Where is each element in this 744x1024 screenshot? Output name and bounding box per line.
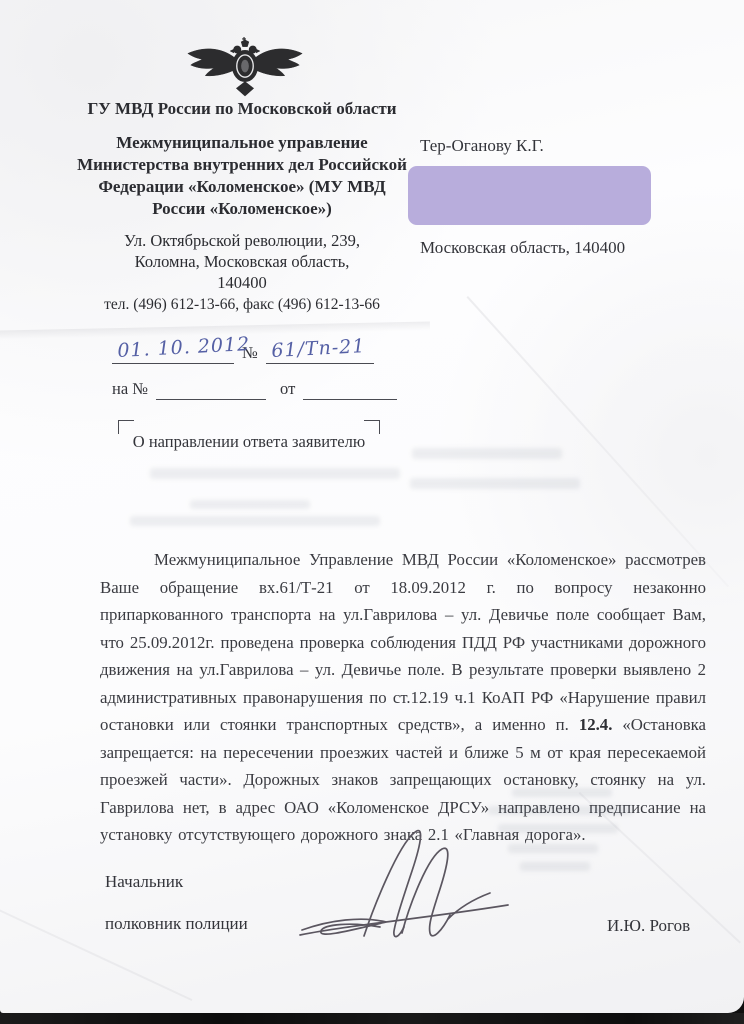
bleedthrough-smudge	[412, 448, 562, 459]
body-text-part2: «Остановка запрещается: на пересечении п…	[100, 715, 706, 844]
reference-row-reply: на № от	[112, 374, 412, 400]
bleedthrough-smudge	[520, 862, 590, 871]
mvd-eagle-emblem-icon	[183, 36, 307, 98]
redaction-block	[408, 166, 651, 225]
handwritten-date: 01. 10. 2012	[117, 333, 251, 362]
scanned-letter: ГУ МВД России по Московской области Межм…	[0, 0, 744, 1024]
date-underline: 01. 10. 2012	[112, 337, 234, 364]
bleedthrough-smudge	[150, 468, 400, 479]
number-underline: 61/Тп-21	[266, 337, 374, 364]
letterhead-block: ГУ МВД России по Московской области Межм…	[72, 98, 412, 315]
handwritten-number: 61/Тп-21	[271, 335, 366, 362]
subject-corner-right-icon	[364, 420, 380, 434]
parent-org-title: ГУ МВД России по Московской области	[72, 98, 412, 120]
signoff-position-line2: полковник полиции	[105, 914, 248, 934]
org-address-line1: Ул. Октябрьской революции, 239,	[72, 230, 412, 251]
handwritten-signature-icon	[288, 826, 520, 960]
org-phone-line: тел. (496) 612-13-66, факс (496) 612-13-…	[72, 295, 412, 315]
body-bold-clause: 12.4.	[579, 715, 613, 734]
org-address-line3: 140400	[72, 272, 412, 293]
reply-na-label: на №	[112, 379, 156, 400]
signer-name: И.Ю. Рогов	[607, 916, 690, 936]
org-name-title: Межмуниципальное управление Министерства…	[72, 132, 412, 220]
reference-block: 01. 10. 2012 № 61/Тп-21 на № от	[112, 334, 412, 400]
body-text-part1: Межмуниципальное Управление МВД России «…	[100, 550, 706, 734]
recipient-name: Тер-Оганову К.Г.	[420, 136, 690, 155]
org-address-line2: Коломна, Московская область,	[72, 251, 412, 272]
reply-ot-label: от	[266, 379, 303, 400]
subject-text: О направлении ответа заявителю	[133, 432, 365, 451]
recipient-region: Московская область, 140400	[420, 238, 690, 257]
reply-na-underline	[156, 377, 266, 400]
bleedthrough-smudge	[410, 478, 580, 489]
bleedthrough-smudge	[190, 500, 310, 509]
subject-corner-left-icon	[118, 420, 134, 434]
paper-crease	[467, 296, 729, 587]
signoff-position-line1: Начальник	[105, 872, 183, 892]
reply-ot-underline	[303, 377, 397, 400]
scanner-background-strip	[0, 1013, 744, 1024]
subject-box: О направлении ответа заявителю	[118, 420, 380, 452]
paper-sheet: ГУ МВД России по Московской области Межм…	[0, 0, 744, 1013]
recipient-block: Тер-Оганову К.Г. Московская область, 140…	[420, 136, 690, 257]
body-paragraph: Межмуниципальное Управление МВД России «…	[100, 546, 706, 849]
bleedthrough-smudge	[130, 516, 380, 526]
reference-row-date: 01. 10. 2012 № 61/Тп-21	[112, 334, 412, 364]
